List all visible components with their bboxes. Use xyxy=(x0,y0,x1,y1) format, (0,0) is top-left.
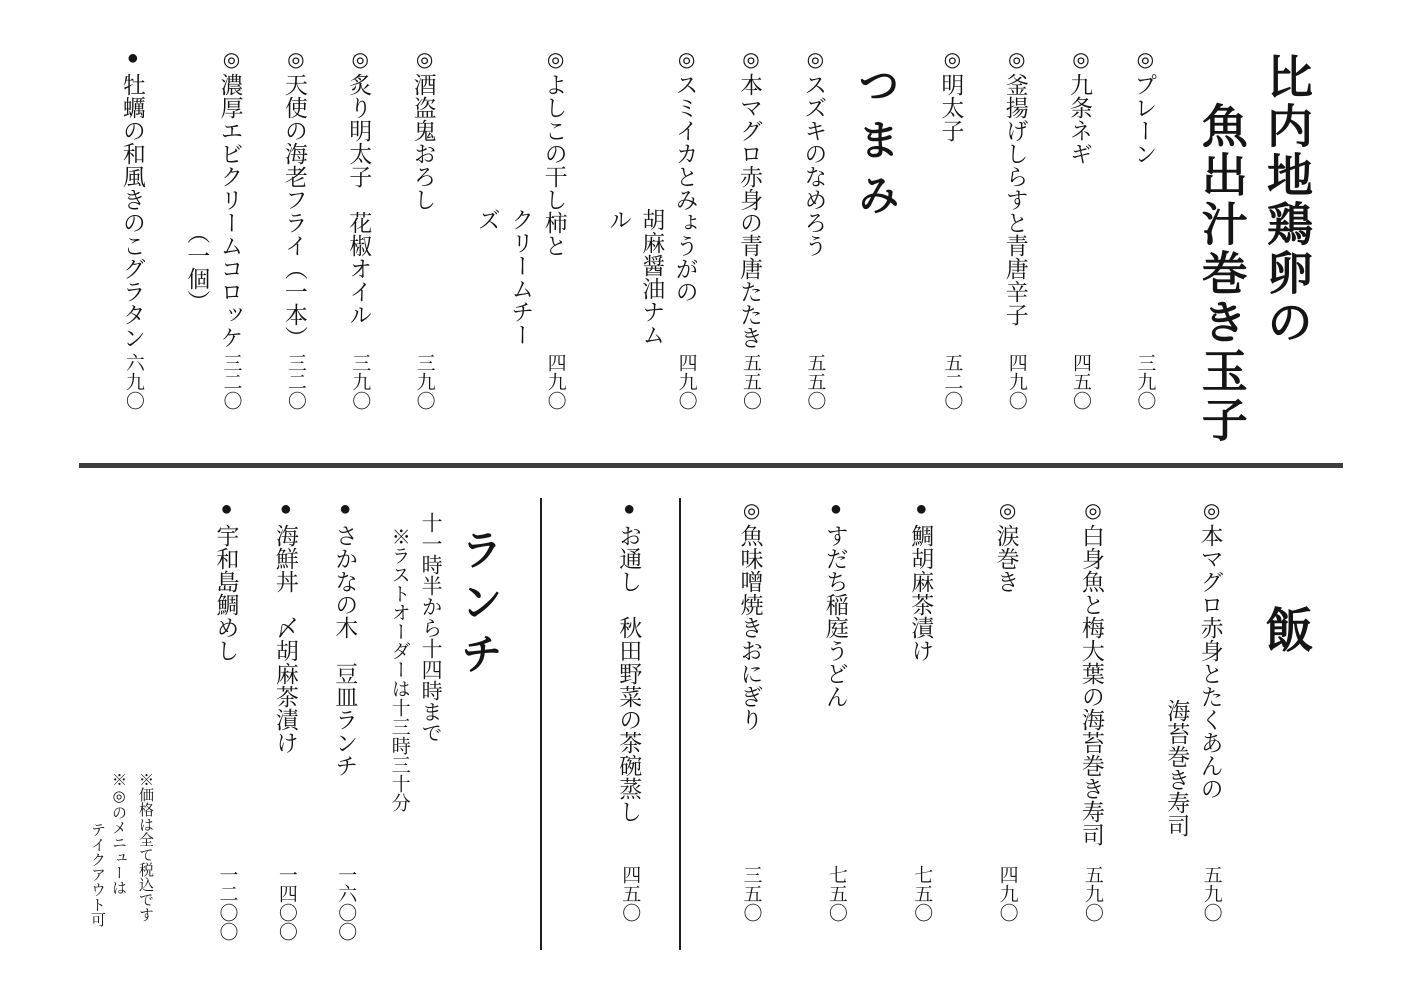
item-name: 釜揚げしらすと青唐辛子 xyxy=(998,73,1031,353)
menu-item: ◎ 涙巻き 四九〇 xyxy=(989,498,1022,960)
item-name-line2: クリームチーズ xyxy=(471,73,538,353)
item-name: お通し 秋田野菜の茶碗蒸し xyxy=(612,524,645,865)
menu-item: ● すだち稲庭うどん 七五〇 xyxy=(819,498,852,960)
horizontal-divider xyxy=(79,463,1343,468)
item-price: 五九〇 xyxy=(1200,865,1221,922)
item-name: 炙り明太子 花椒オイル xyxy=(342,73,375,353)
item-marker: ◎ xyxy=(1194,498,1227,524)
item-marker: ◎ xyxy=(734,498,767,524)
menu-title: 比内地鶏卵の 魚出汁巻き玉子 xyxy=(1188,47,1319,492)
item-price: 一四〇〇 xyxy=(276,865,297,941)
footnotes: ※価格は全て税込です ※◎のメニューは テイクアウト可 xyxy=(80,772,155,952)
menu-title-line2: 魚出汁巻き玉子 xyxy=(1188,47,1253,492)
item-marker: ◎ xyxy=(538,47,571,73)
menu-item: ◎ 本マグロ赤身の青唐たたき 五五〇 xyxy=(733,47,766,492)
item-marker: ◎ xyxy=(999,47,1032,73)
item-price: 三二〇 xyxy=(285,353,306,410)
item-name: 鯛胡麻茶漬け xyxy=(904,524,937,865)
item-price: 七五〇 xyxy=(911,865,932,922)
item-marker: ◎ xyxy=(934,47,967,73)
item-price: 四五〇 xyxy=(619,865,640,922)
item-marker: ◎ xyxy=(214,47,247,73)
item-price: 五二〇 xyxy=(941,353,962,410)
item-name: すだち稲庭うどん xyxy=(819,524,852,865)
item-marker: ● xyxy=(328,498,361,524)
item-price: 四五〇 xyxy=(1070,353,1091,410)
item-price: 三九〇 xyxy=(349,353,370,410)
item-price: 一六〇〇 xyxy=(335,865,356,941)
menu-item: ◎ 魚味噌焼きおにぎり 三五〇 xyxy=(733,498,766,960)
item-price: 四九〇 xyxy=(1005,353,1026,410)
menu-item: ● 鯛胡麻茶漬け 七五〇 xyxy=(904,498,937,960)
tax-note: ※価格は全て税込です xyxy=(134,772,155,952)
item-name: プレーン xyxy=(1127,73,1160,353)
item-marker: ● xyxy=(269,498,302,524)
item-name: 宇和島鯛めし xyxy=(209,524,242,865)
item-name: 涙巻き xyxy=(989,524,1022,865)
item-name-line2: 胡麻醤油ナムル xyxy=(602,73,669,353)
menu-item: ◎ 濃厚エビクリームコロッケ（一個） 三二〇 xyxy=(180,47,247,492)
menu-page: 比内地鶏卵の 魚出汁巻き玉子 ◎ プレーン 三九〇 ◎ 九条ネギ 四五〇 ◎ 釜… xyxy=(0,0,1416,1002)
item-marker: ● xyxy=(210,498,243,524)
item-price: 五五〇 xyxy=(804,353,825,410)
item-marker: ● xyxy=(904,498,937,524)
item-marker: ◎ xyxy=(278,47,311,73)
lunch-header: ランチ xyxy=(449,498,506,960)
vertical-divider xyxy=(540,498,542,950)
item-marker: ◎ xyxy=(797,47,830,73)
item-name: 濃厚エビクリームコロッケ xyxy=(213,73,246,353)
item-price: 三九〇 xyxy=(413,353,434,410)
item-name: スミイカとみょうがの xyxy=(668,73,701,353)
menu-title-line1: 比内地鶏卵の xyxy=(1254,47,1319,492)
menu-item: ◎ 明太子 五二〇 xyxy=(934,47,967,492)
menu-item: ◎ プレーン 三九〇 xyxy=(1127,47,1160,492)
menu-item-otoshi: ● お通し 秋田野菜の茶碗蒸し 四五〇 xyxy=(612,498,645,960)
item-marker: ● xyxy=(612,498,645,524)
item-name: 海鮮丼 〆胡麻茶漬け xyxy=(269,524,302,865)
lunch-last-order-note: ※ラストオーダーは十三時三十分 xyxy=(385,498,412,960)
item-marker: ◎ xyxy=(1127,47,1160,73)
item-marker: ◎ xyxy=(1075,498,1108,524)
menu-item: ◎ スズキのなめろう 五五〇 xyxy=(797,47,830,492)
item-name: 牡蠣の和風きのこグラタン xyxy=(116,73,149,353)
menu-item: ◎ 白身魚と梅大葉の海苔巻き寿司 五九〇 xyxy=(1075,498,1108,960)
section-bottom: 飯 ◎ 本マグロ赤身とたくあんの海苔巻き寿司 五九〇 ◎ 白身魚と梅大葉の海苔巻… xyxy=(183,498,1319,960)
menu-item: ◎ 釜揚げしらすと青唐辛子 四九〇 xyxy=(998,47,1031,492)
tsumami-header: つまみ xyxy=(846,47,903,492)
item-price: 五五〇 xyxy=(740,353,761,410)
item-name: 酒盗鬼おろし xyxy=(406,73,439,353)
menu-item: ◎ 本マグロ赤身とたくあんの海苔巻き寿司 五九〇 xyxy=(1160,498,1227,960)
item-marker: ◎ xyxy=(342,47,375,73)
item-name: 本マグロ赤身の青唐たたき xyxy=(733,73,766,353)
item-name: 本マグロ赤身とたくあんの xyxy=(1193,524,1226,865)
item-price: 三二〇 xyxy=(220,353,241,410)
menu-item: ◎ 炙り明太子 花椒オイル 三九〇 xyxy=(342,47,375,492)
section-top: 比内地鶏卵の 魚出汁巻き玉子 ◎ プレーン 三九〇 ◎ 九条ネギ 四五〇 ◎ 釜… xyxy=(85,47,1320,492)
item-name-line2: 海苔巻き寿司 xyxy=(1160,524,1193,865)
item-name: 白身魚と梅大葉の海苔巻き寿司 xyxy=(1075,524,1108,865)
item-price: 四九〇 xyxy=(675,353,696,410)
takeout-note: ※◎のメニューは テイクアウト可 xyxy=(86,772,128,952)
menu-item: ● 宇和島鯛めし 一二〇〇 xyxy=(209,498,242,960)
menu-item: ◎ 天使の海老フライ（一本） 三二〇 xyxy=(278,47,311,492)
item-marker: ● xyxy=(116,47,149,73)
item-marker: ◎ xyxy=(407,47,440,73)
lunch-header-group: ランチ 十一時半から十四時まで ※ラストオーダーは十三時三十分 xyxy=(385,498,506,960)
menu-item: ◎ スミイカとみょうがの胡麻醤油ナムル 四九〇 xyxy=(602,47,702,492)
item-price: 三五〇 xyxy=(740,865,761,922)
menu-item: ◎ 酒盗鬼おろし 三九〇 xyxy=(406,47,439,492)
menu-item: ◎ よしこの干し柿とクリームチーズ 四九〇 xyxy=(471,47,571,492)
item-price: 七五〇 xyxy=(826,865,847,922)
item-name: 魚味噌焼きおにぎり xyxy=(733,524,766,865)
item-price: 一二〇〇 xyxy=(216,865,237,941)
item-marker: ◎ xyxy=(733,47,766,73)
menu-item: ◎ 九条ネギ 四五〇 xyxy=(1063,47,1096,492)
item-price: 四九〇 xyxy=(996,865,1017,922)
item-marker: ● xyxy=(819,498,852,524)
menu-item: ● 海鮮丼 〆胡麻茶漬け 一四〇〇 xyxy=(269,498,302,960)
item-marker: ◎ xyxy=(1063,47,1096,73)
lunch-hours: 十一時半から十四時まで xyxy=(416,498,445,960)
item-name: さかなの木 豆皿ランチ xyxy=(328,524,361,865)
item-name-line2: （一個） xyxy=(180,73,213,353)
meshi-header: 飯 xyxy=(1253,498,1315,960)
menu-item: ● さかなの木 豆皿ランチ 一六〇〇 xyxy=(328,498,361,960)
menu-item: ● 牡蠣の和風きのこグラタン 六九〇 xyxy=(116,47,149,492)
item-price: 五九〇 xyxy=(1082,865,1103,922)
item-name: 九条ネギ xyxy=(1063,73,1096,353)
item-marker: ◎ xyxy=(990,498,1023,524)
item-name: スズキのなめろう xyxy=(797,73,830,353)
vertical-divider xyxy=(679,498,681,950)
item-marker: ◎ xyxy=(669,47,702,73)
item-price: 六九〇 xyxy=(123,353,144,410)
item-name: よしこの干し柿と xyxy=(537,73,570,353)
item-price: 四九〇 xyxy=(544,353,565,410)
item-name: 天使の海老フライ（一本） xyxy=(278,73,311,353)
item-name: 明太子 xyxy=(934,73,967,353)
item-price: 三九〇 xyxy=(1134,353,1155,410)
